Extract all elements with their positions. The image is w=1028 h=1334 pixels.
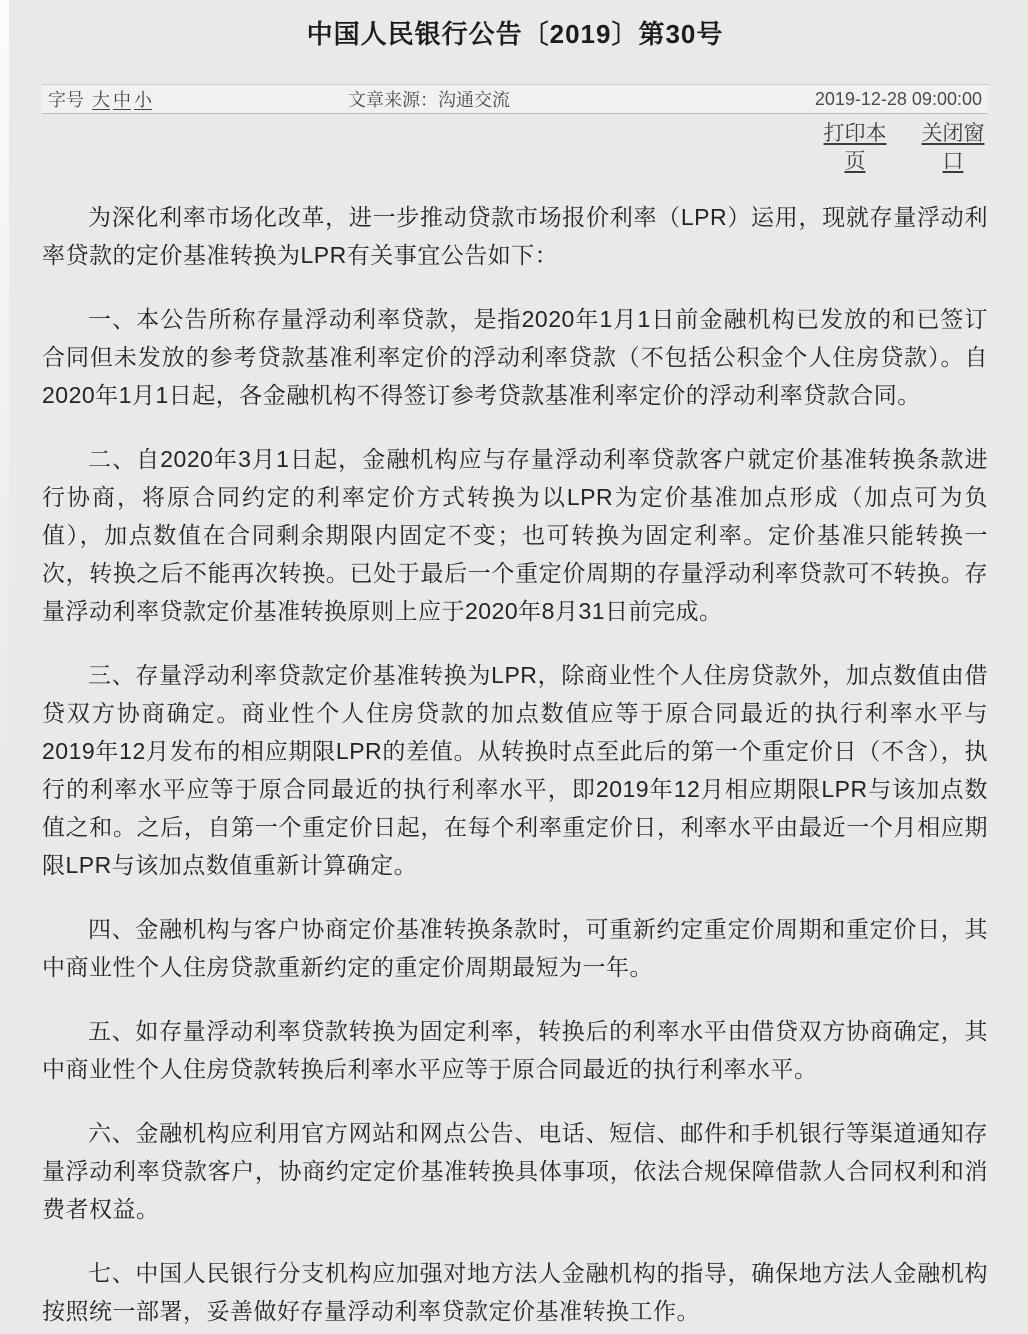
font-size-option-large[interactable]: 大 bbox=[92, 86, 110, 112]
article-paragraph: 五、如存量浮动利率贷款转换为固定利率，转换后的利率水平由借贷双方协商确定，其中商… bbox=[42, 1012, 988, 1088]
article-paragraph: 六、金融机构应利用官方网站和网点公告、电话、短信、邮件和手机银行等渠道通知存量浮… bbox=[42, 1114, 988, 1228]
font-size-label: 字号 bbox=[48, 86, 84, 112]
article-source-value: 沟通交流 bbox=[438, 90, 510, 110]
announcement-page: 中国人民银行公告〔2019〕第30号 字号 大 中 小 文章来源：沟通交流 20… bbox=[0, 0, 1028, 1330]
article-paragraph: 二、自2020年3月1日起，金融机构应与存量浮动利率贷款客户就定价基准转换条款进… bbox=[42, 440, 988, 630]
article-paragraph: 三、存量浮动利率贷款定价基准转换为LPR，除商业性个人住房贷款外，加点数值由借贷… bbox=[42, 656, 988, 884]
page: { "header": { "title": "中国人民银行公告〔2019〕第3… bbox=[0, 0, 1028, 1334]
article-body: 为深化利率市场化改革，进一步推动贷款市场报价利率（LPR）运用，现就存量浮动利率… bbox=[42, 198, 988, 1330]
meta-bar: 字号 大 中 小 文章来源：沟通交流 2019-12-28 09:00:00 bbox=[42, 84, 988, 114]
font-size-option-small[interactable]: 小 bbox=[134, 86, 152, 112]
article-paragraph: 为深化利率市场化改革，进一步推动贷款市场报价利率（LPR）运用，现就存量浮动利率… bbox=[42, 198, 988, 274]
article-paragraph: 七、中国人民银行分支机构应加强对地方法人金融机构的指导，确保地方法人金融机构按照… bbox=[42, 1254, 988, 1330]
font-size-control: 字号 大 中 小 bbox=[48, 86, 348, 112]
font-size-option-medium[interactable]: 中 bbox=[113, 86, 131, 112]
print-page-link[interactable]: 打印本页 bbox=[822, 120, 888, 176]
article-paragraph: 一、本公告所称存量浮动利率贷款，是指2020年1月1日前金融机构已发放的和已签订… bbox=[42, 300, 988, 414]
article-source-label: 文章来源： bbox=[348, 90, 438, 110]
action-links: 打印本页 关闭窗口 bbox=[42, 120, 988, 176]
page-title: 中国人民银行公告〔2019〕第30号 bbox=[42, 0, 988, 50]
article-source: 文章来源：沟通交流 bbox=[348, 86, 815, 112]
publish-datetime: 2019-12-28 09:00:00 bbox=[815, 89, 982, 110]
article-paragraph: 四、金融机构与客户协商定价基准转换条款时，可重新约定重定价周期和重定价日，其中商… bbox=[42, 910, 988, 986]
close-window-link[interactable]: 关闭窗口 bbox=[920, 120, 986, 176]
